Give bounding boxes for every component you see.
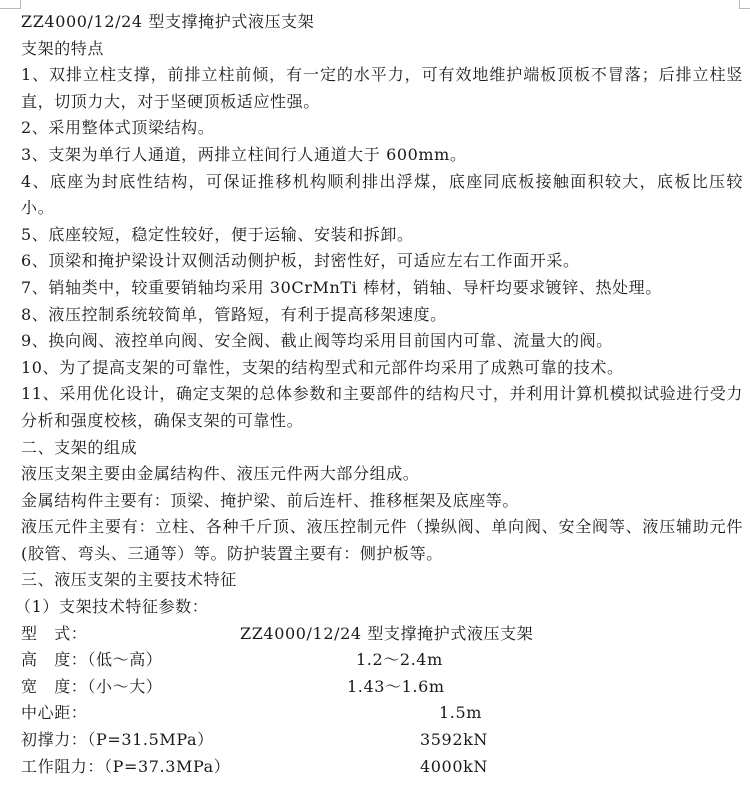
features-heading: 支架的特点 [21,36,743,63]
composition-paragraph-2: 金属结构件主要有：顶梁、掩护梁、前后连杆、推移框架及底座等。 [21,488,743,515]
spec-value: 3592kN [420,727,488,754]
spec-row-center-distance: 中心距： 1.5m [21,700,743,727]
feature-item-6: 6、顶梁和掩护梁设计双侧活动侧护板，封密性好，可适应左右工作面开采。 [21,248,743,275]
spec-row-working-resistance: 工作阻力：（P=37.3MPa） 4000kN [21,754,743,781]
feature-item-7: 7、销轴类中，较重要销轴均采用 30CrMnTi 棒材，销轴、导杆均要求镀锌、热… [21,275,743,302]
feature-item-5: 5、底座较短，稳定性较好，便于运输、安装和拆卸。 [21,222,743,249]
feature-item-10: 10、为了提高支架的可靠性，支架的结构型式和元部件均采用了成熟可靠的技术。 [21,355,743,382]
spec-label: 初撑力：（P=31.5MPa） [21,727,214,754]
feature-item-3: 3、支架为单行人通道，两排立柱间行人通道大于 600mm。 [21,142,743,169]
truncated-line [21,780,743,794]
feature-item-11: 11、采用优化设计，确定支架的总体参数和主要部件的结构尺寸，并利用计算机模拟试验… [21,381,743,434]
spec-value: 1.2～2.4m [356,647,443,674]
spec-label: 工作阻力：（P=37.3MPa） [21,754,230,781]
spec-value: ZZ4000/12/24 型支撑掩护式液压支架 [240,621,533,648]
feature-item-8: 8、液压控制系统较简单，管路短，有利于提高移架速度。 [21,302,743,329]
page-corner-mark-top-right [739,0,750,9]
spec-label: 中心距： [21,700,87,727]
specs-subheading: （1）支架技术特征参数： [15,594,743,621]
spec-label: 宽 度：（小～大） [21,674,162,701]
spec-row-type: 型 式： ZZ4000/12/24 型支撑掩护式液压支架 [21,621,743,648]
spec-value: 4000kN [420,754,488,781]
spec-row-width: 宽 度：（小～大） 1.43～1.6m [21,674,743,701]
spec-label: 型 式： [21,621,87,648]
page-corner-mark-top-left [0,0,21,9]
composition-paragraph-3: 液压元件主要有：立柱、各种千斤顶、液压控制元件（操纵阀、单向阀、安全阀等、液压辅… [21,514,743,567]
document-title: ZZ4000/12/24 型支撑掩护式液压支架 [21,9,743,36]
spec-value: 1.5m [439,700,482,727]
composition-heading: 二、支架的组成 [21,435,743,462]
feature-item-4: 4、底座为封底性结构，可保证推移机构顺利排出浮煤，底座同底板接触面积较大，底板比… [21,169,743,222]
document-page: ZZ4000/12/24 型支撑掩护式液压支架 支架的特点 1、双排立柱支撑，前… [21,9,743,794]
spec-row-height: 高 度：（低～高） 1.2～2.4m [21,647,743,674]
feature-item-9: 9、换向阀、液控单向阀、安全阀、截止阀等均采用目前国内可靠、流量大的阀。 [21,328,743,355]
spec-value: 1.43～1.6m [347,674,445,701]
specs-heading: 三、液压支架的主要技术特征 [21,567,743,594]
composition-paragraph-1: 液压支架主要由金属结构件、液压元件两大部分组成。 [21,461,743,488]
feature-item-1: 1、双排立柱支撑，前排立柱前倾，有一定的水平力，可有效地维护端板顶板不冒落；后排… [21,62,743,115]
spec-row-setting-load: 初撑力：（P=31.5MPa） 3592kN [21,727,743,754]
spec-label: 高 度：（低～高） [21,647,162,674]
feature-item-2: 2、采用整体式顶梁结构。 [21,115,743,142]
